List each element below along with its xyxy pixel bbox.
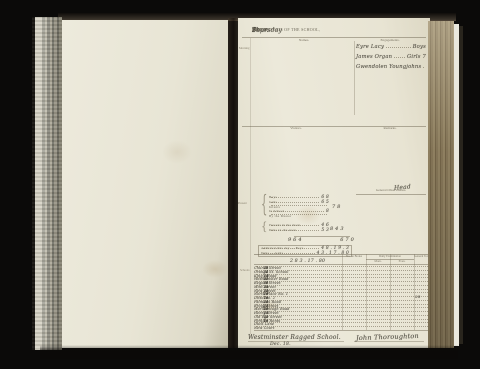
dotted-leader xyxy=(394,57,405,58)
margin-label-present: Present xyxy=(238,201,247,205)
totals-line: 9 6 4 6 7 0 xyxy=(288,237,354,243)
caption-observations: General Observations. xyxy=(356,188,426,192)
dotted-leader xyxy=(271,230,319,231)
dotted-leader xyxy=(256,315,428,316)
dotted-leader xyxy=(263,248,319,249)
dotted-leader xyxy=(271,205,327,206)
table-subheader-even: Even. xyxy=(390,260,414,263)
classes-table-rows: Church Street 28 25 27 Orange St. School… xyxy=(254,266,430,330)
dotted-leader xyxy=(256,319,428,320)
dotted-leader xyxy=(256,304,428,305)
dotted-leader xyxy=(271,202,319,203)
table-group-header: Daily Examination xyxy=(366,255,414,258)
photo-backdrop: PROCEEDINGS OF THE SCHOOL, Thursday 2 DA… xyxy=(0,0,480,369)
foxing-stain xyxy=(162,140,192,164)
table-col1-header: No. on Books xyxy=(342,255,366,258)
table-subheader-morn: Morn. xyxy=(366,260,390,263)
form-margin-line xyxy=(250,38,251,334)
attendance-line: Ditto in the even 5 3 xyxy=(269,228,329,233)
teacher-entries: Eyre Lacy Boys James Organ Girls 7 Gwend… xyxy=(356,44,426,74)
teacher-note: Boys xyxy=(413,44,426,50)
margin-label-morning: Morning xyxy=(239,46,250,50)
group1-sum: 7 8 xyxy=(332,204,341,210)
teacher-name: Eyre Lacy xyxy=(356,44,384,50)
dotted-leader xyxy=(271,225,319,226)
book-bottom-shadow xyxy=(40,345,458,359)
dotted-leader xyxy=(256,311,428,312)
dotted-leader xyxy=(256,277,428,278)
caption-visitors: Visitors. xyxy=(266,126,326,130)
observations-rule xyxy=(356,194,426,195)
group2-sum: 8 4 3 xyxy=(330,226,344,232)
caption-engagements: Engagements. xyxy=(360,38,420,42)
dotted-leader xyxy=(256,326,428,327)
back-cover-edge xyxy=(459,26,463,344)
dotted-leader xyxy=(256,270,428,271)
dotted-leader xyxy=(256,274,428,275)
dotted-leader xyxy=(256,281,428,282)
right-ledger-page: PROCEEDINGS OF THE SCHOOL, Thursday 2 DA… xyxy=(238,18,430,348)
stray-number: 28 xyxy=(415,294,421,299)
school-name: Westminster Ragged School. xyxy=(248,334,341,341)
attendance-value: 5 3 xyxy=(321,228,329,233)
bracket-glyph: { xyxy=(261,193,267,218)
caption-remarks: Remarks. xyxy=(362,126,418,130)
page-edges-left xyxy=(32,17,62,350)
teacher-note: Girls 7 xyxy=(407,54,426,60)
dotted-leader xyxy=(256,296,428,297)
caption-names: Names. xyxy=(272,38,336,42)
dotted-leader xyxy=(271,214,327,215)
dotted-leader xyxy=(423,67,424,68)
foxing-stain xyxy=(202,260,228,278)
fore-edge xyxy=(428,21,454,348)
table-bottom-rule xyxy=(254,330,430,331)
dotted-leader xyxy=(256,322,428,323)
dotted-leader xyxy=(256,289,428,290)
attendance-group-1: Boys 6 8 Girls 6 5 Infants In School 8 B… xyxy=(269,195,329,219)
teacher-entry: Eyre Lacy Boys xyxy=(356,44,426,54)
margin-label-schools: Schools xyxy=(240,268,250,272)
dotted-leader xyxy=(256,266,428,267)
dotted-leader xyxy=(271,211,324,212)
teacher-entry: Gwendolen Youngjohns xyxy=(356,64,426,74)
teacher-entry: James Organ Girls 7 xyxy=(356,54,426,64)
left-blank-page xyxy=(62,20,228,348)
signature-underline xyxy=(354,341,424,342)
table-header-rule xyxy=(254,264,430,265)
dotted-leader xyxy=(256,292,428,293)
dotted-leader xyxy=(256,285,428,286)
column-divider xyxy=(354,41,355,115)
attendance-group-2: Present in the morn 4 6 Ditto in the eve… xyxy=(269,223,329,233)
teacher-name: James Organ xyxy=(356,54,392,60)
dotted-leader xyxy=(256,300,428,301)
bracket-glyph: { xyxy=(261,221,267,234)
dotted-leader xyxy=(386,47,411,48)
total-a: 9 6 4 xyxy=(288,237,302,243)
footer-underline xyxy=(248,341,344,342)
dotted-leader xyxy=(271,197,319,198)
teacher-name: Gwendolen Youngjohns xyxy=(356,64,421,70)
dotted-leader xyxy=(256,307,428,308)
book-gutter xyxy=(228,18,238,348)
printed-year: 1874. xyxy=(252,27,263,32)
total-b: 6 7 0 xyxy=(340,237,354,243)
attendance-line: By the Master xyxy=(269,214,329,219)
